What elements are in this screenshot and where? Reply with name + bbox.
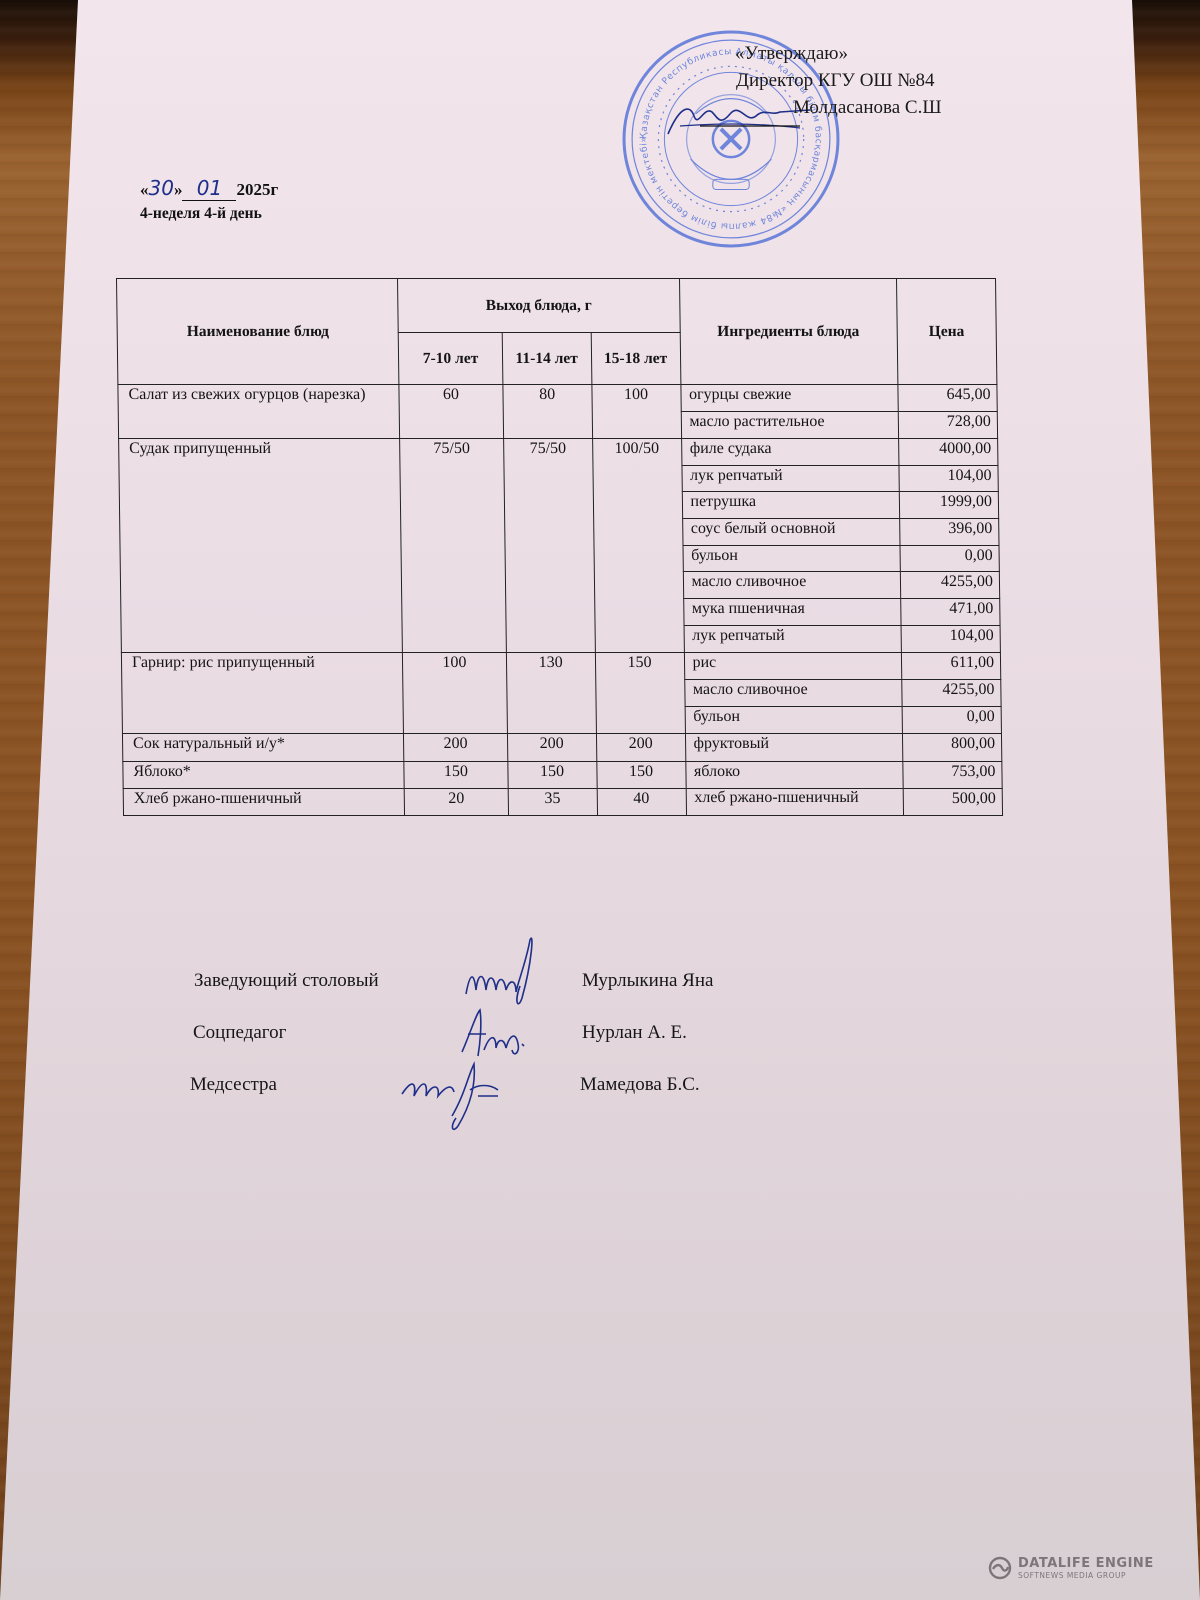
yield-11-14: 130 xyxy=(506,652,596,733)
approval-name: Молдасанова С.Ш xyxy=(735,94,942,121)
signer-role: Заведующий столовый xyxy=(194,970,379,992)
ingredient-price: 0,00 xyxy=(900,545,1000,572)
ingredient-name: лук репчатый xyxy=(681,465,899,492)
ingredient-price: 611,00 xyxy=(901,652,1001,679)
ingredient-price: 471,00 xyxy=(900,599,1000,626)
ingredient-price: 4255,00 xyxy=(900,572,1000,599)
yield-7-10: 60 xyxy=(399,385,503,439)
header-output: Выход блюда, г xyxy=(398,279,680,333)
dish-name: Гарнир: рис припущенный xyxy=(121,652,403,733)
ingredient-name: петрушка xyxy=(682,492,900,519)
signature-icon xyxy=(460,932,550,1012)
ingredient-row: Судак припущенный75/5075/50100/50филе су… xyxy=(119,439,998,466)
ingredient-row: Сок натуральный и/у*200200200фруктовый80… xyxy=(122,733,1001,761)
ingredient-name: огурцы свежие xyxy=(680,385,898,412)
ingredient-name: бульон xyxy=(685,706,903,733)
menu-table-wrap: Наименование блюд Выход блюда, г Ингреди… xyxy=(116,278,1003,816)
yield-11-14: 200 xyxy=(507,733,596,761)
ingredient-price: 500,00 xyxy=(903,788,1003,815)
ingredient-price: 753,00 xyxy=(903,761,1003,788)
yield-11-14: 75/50 xyxy=(503,439,595,653)
yield-15-18: 200 xyxy=(596,733,685,761)
signer-role: Соцпедагог xyxy=(193,1022,286,1044)
ingredient-price: 4255,00 xyxy=(901,679,1001,706)
date-year: 2025г xyxy=(236,180,278,199)
date-day: 30 xyxy=(149,176,174,200)
dish-name: Судак припущенный xyxy=(119,439,403,653)
ingredient-price: 800,00 xyxy=(902,733,1002,761)
ingredient-row: Яблоко*150150150яблоко753,00 xyxy=(123,761,1002,788)
signer-role: Медсестра xyxy=(190,1074,277,1096)
yield-7-10: 20 xyxy=(404,788,508,815)
ingredient-name: лук репчатый xyxy=(684,625,902,652)
yield-15-18: 100/50 xyxy=(592,439,684,653)
signature-icon xyxy=(394,1056,514,1136)
week-day-label: 4-неделя 4-й день xyxy=(140,205,262,223)
ingredient-name: хлеб ржано-пшеничный xyxy=(686,788,904,815)
ingredient-price: 4000,00 xyxy=(898,439,998,466)
header-age-7-10: 7-10 лет xyxy=(398,333,502,385)
yield-11-14: 150 xyxy=(507,761,596,788)
date-month: 01 xyxy=(197,176,222,200)
ingredient-row: Салат из свежих огурцов (нарезка)6080100… xyxy=(118,385,997,412)
ingredient-price: 645,00 xyxy=(898,385,998,412)
watermark-title: DATALIFE ENGINE xyxy=(1018,1557,1154,1571)
yield-15-18: 40 xyxy=(597,788,686,815)
menu-table: Наименование блюд Выход блюда, г Ингреди… xyxy=(116,278,1003,816)
signer-row: Медсестра Мамедова Б.С. xyxy=(190,1074,790,1126)
ingredient-row: Гарнир: рис припущенный100130150рис611,0… xyxy=(121,652,1000,679)
yield-15-18: 150 xyxy=(595,652,685,733)
yield-7-10: 150 xyxy=(404,761,508,788)
signature-icon xyxy=(456,1004,546,1064)
header-age-15-18: 15-18 лет xyxy=(591,333,681,385)
header-dish-name: Наименование блюд xyxy=(117,279,400,385)
datalife-logo-icon xyxy=(988,1556,1012,1580)
ingredient-name: соус белый основной xyxy=(682,519,900,546)
date-close-quote: » xyxy=(174,180,183,199)
ingredient-name: масло сливочное xyxy=(683,572,901,599)
header-price: Цена xyxy=(896,279,997,385)
ingredient-name: мука пшеничная xyxy=(683,599,901,626)
ingredient-name: рис xyxy=(684,652,902,679)
ingredient-price: 1999,00 xyxy=(899,492,999,519)
document-date: «30»012025г xyxy=(140,176,278,201)
yield-11-14: 35 xyxy=(508,788,597,815)
ingredient-name: масло сливочное xyxy=(684,679,902,706)
yield-11-14: 80 xyxy=(503,385,593,439)
ingredient-name: бульон xyxy=(683,545,901,572)
yield-7-10: 75/50 xyxy=(400,439,506,653)
approval-heading: «Утверждаю» xyxy=(735,40,942,67)
yield-15-18: 150 xyxy=(596,761,685,788)
header-age-11-14: 11-14 лет xyxy=(502,333,592,385)
dish-name: Салат из свежих огурцов (нарезка) xyxy=(118,385,400,439)
header-ingredients: Ингредиенты блюда xyxy=(679,279,898,385)
yield-7-10: 100 xyxy=(403,652,507,733)
ingredient-price: 0,00 xyxy=(902,706,1002,733)
signer-name: Нурлан А. Е. xyxy=(582,1022,687,1044)
dish-name: Яблоко* xyxy=(123,761,405,788)
menu-table-body: Салат из свежих огурцов (нарезка)6080100… xyxy=(118,385,1003,816)
signer-name: Мурлыкина Яна xyxy=(582,970,713,992)
ingredient-name: яблоко xyxy=(685,761,903,788)
datalife-watermark: DATALIFE ENGINE SOFTNEWS MEDIA GROUP xyxy=(988,1556,1154,1580)
ingredient-price: 396,00 xyxy=(899,519,999,546)
watermark-subtitle: SOFTNEWS MEDIA GROUP xyxy=(1018,1571,1154,1580)
ingredient-price: 104,00 xyxy=(901,625,1001,652)
yield-7-10: 200 xyxy=(404,733,508,761)
signers-block: Заведующий столовый Мурлыкина Яна Соцпед… xyxy=(190,970,790,1126)
dish-name: Сок натуральный и/у* xyxy=(122,733,404,761)
ingredient-row: Хлеб ржано-пшеничный203540хлеб ржано-пше… xyxy=(123,788,1002,815)
ingredient-price: 728,00 xyxy=(898,412,998,439)
approval-position: Директор КГУ ОШ №84 xyxy=(735,67,942,94)
ingredient-price: 104,00 xyxy=(899,465,999,492)
menu-document: Қазақстан Республикасы Алматы қаласы біл… xyxy=(0,0,1200,1600)
date-open-quote: « xyxy=(140,180,149,199)
ingredient-name: филе судака xyxy=(681,439,899,466)
approval-block: «Утверждаю» Директор КГУ ОШ №84 Молдасан… xyxy=(735,40,942,121)
dish-name: Хлеб ржано-пшеничный xyxy=(123,788,405,815)
yield-15-18: 100 xyxy=(591,385,681,439)
ingredient-name: фруктовый xyxy=(685,733,903,761)
ingredient-name: масло растительное xyxy=(681,412,899,439)
signer-name: Мамедова Б.С. xyxy=(580,1074,700,1096)
